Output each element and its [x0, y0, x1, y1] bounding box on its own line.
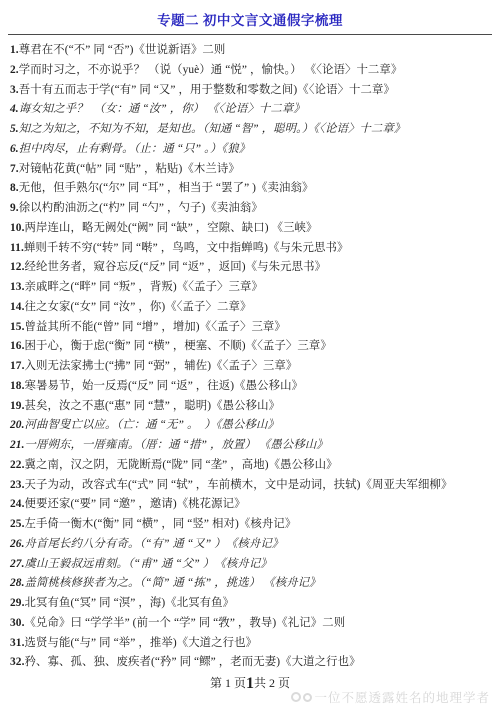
list-item: 2.学而时习之，不亦说乎？ （说（yuè）通 “悦” ，愉快。） 《〈论语〉十二…	[10, 61, 494, 81]
item-text: 盖简桃核修狭者为之。（“简” 通 “拣” ，挑选） 《核舟记》	[25, 577, 321, 589]
page-title: 专题二 初中文言文通假字梳理	[0, 0, 500, 29]
list-item: 7.对镜帖花黄(“帖” 同 “贴” ，粘贴)《木兰诗》	[10, 160, 494, 180]
list-item: 5.知之为知之，不知为不知，是知也。（知通 “智” ，聪明。）《〈论语〉十二章》	[10, 120, 494, 140]
item-number: 30.	[10, 617, 25, 629]
item-number: 29.	[10, 597, 25, 609]
list-item: 8.无他，但手熟尔(“尔” 同 “耳” ，相当于 “罢了” )《卖油翁》	[10, 179, 494, 199]
list-item: 6.担中肉尽，止有剩骨。（止：通 “只” 。）《狼》	[10, 140, 494, 160]
list-item: 3.吾十有五而志于学(“有” 同 “又” ，用于整数和零数之间)《〈论语〉十二章…	[10, 81, 494, 101]
item-number: 5.	[10, 123, 19, 135]
list-item: 4.诲女知之乎？ （女：通 “汝” ，你） 《〈论语〉十二章》	[10, 100, 494, 120]
watermark-text: 一位不愿透露姓名的地理学者	[314, 688, 490, 706]
item-text: 选贤与能(“与” 同 “举” ，推举)《大道之行也》	[25, 637, 258, 649]
watermark: 一位不愿透露姓名的地理学者	[291, 688, 490, 706]
item-text: 虞山王毅叔远甫刻。（“甫” 通 “父” ） 《核舟记》	[25, 558, 272, 570]
item-text: 学而时习之，不亦说乎？ （说（yuè）通 “悦” ，愉快。） 《〈论语〉十二章》	[19, 64, 403, 76]
item-text: 一厝朔东，一厝雍南。（厝：通 “措” ，放置） 《愚公移山》	[25, 439, 328, 451]
item-number: 16.	[10, 340, 25, 352]
item-text: 担中肉尽，止有剩骨。（止：通 “只” 。）《狼》	[19, 143, 250, 155]
footer-page-left: 第 1 页	[210, 676, 246, 690]
item-number: 11.	[10, 242, 24, 254]
list-item: 20.河曲智叟亡以应。（亡：通 “无” 。 ）《愚公移山》	[10, 416, 494, 436]
item-text: 无他，但手熟尔(“尔” 同 “耳” ，相当于 “罢了” )《卖油翁》	[19, 182, 314, 194]
list-item: 31.选贤与能(“与” 同 “举” ，推举)《大道之行也》	[10, 634, 494, 654]
title-divider	[8, 34, 492, 35]
item-number: 3.	[10, 84, 19, 96]
list-item: 26.舟首尾长约八分有奇。（“有” 通 “又” ） 《核舟记》	[10, 535, 494, 555]
item-text: 尊君在不(“不” 同 “否”)《世说新语》二则	[19, 44, 226, 56]
list-item: 1.尊君在不(“不” 同 “否”)《世说新语》二则	[10, 41, 494, 61]
item-number: 20.	[10, 419, 25, 431]
item-number: 31.	[10, 637, 25, 649]
list-item: 13.亲戚畔之(“畔” 同 “叛” ，背叛)《〈孟子〉三章》	[10, 278, 494, 298]
list-item: 22.冀之南，汉之阴，无陇断焉(“陇” 同 “垄” ，高地)《愚公移山》	[10, 456, 494, 476]
item-number: 19.	[10, 400, 25, 412]
item-text: 对镜帖花黄(“帖” 同 “贴” ，粘贴)《木兰诗》	[19, 163, 240, 175]
item-number: 22.	[10, 459, 25, 471]
item-text: 入则无法家拂士(“拂” 同 “弼” ，辅佐)《〈孟子〉三章》	[25, 360, 298, 372]
list-item: 17.入则无法家拂士(“拂” 同 “弼” ，辅佐)《〈孟子〉三章》	[10, 357, 494, 377]
list-item: 10.两岸连山，略无阙处(“阙” 同 “缺” ，空隙、缺口) 《三峡》	[10, 219, 494, 239]
item-number: 1.	[10, 44, 19, 56]
item-number: 24.	[10, 498, 25, 510]
item-number: 4.	[10, 103, 19, 115]
item-number: 17.	[10, 360, 25, 372]
item-number: 18.	[10, 380, 25, 392]
item-number: 28.	[10, 577, 25, 589]
item-number: 8.	[10, 182, 19, 194]
list-item: 29.北冥有鱼(“冥” 同 “溟” ，海)《北冥有鱼》	[10, 594, 494, 614]
item-text: 《兑命》曰 “学学半” (前一个 “学” 同 “敩” ，教导)《礼记》二则	[25, 617, 346, 629]
item-number: 23.	[10, 479, 25, 491]
list-item: 14.往之女家(“女” 同 “汝” ，你)《〈孟子〉二章》	[10, 298, 494, 318]
item-text: 蝉则千转不穷(“转” 同 “啭” ，鸟鸣，文中指蝉鸣)《与朱元思书》	[24, 242, 349, 254]
item-number: 9.	[10, 202, 19, 214]
watermark-logo-icon	[291, 692, 301, 702]
item-number: 2.	[10, 64, 19, 76]
item-text: 便要还家(“要” 同 “邀” ，邀请)《桃花源记》	[25, 498, 246, 510]
item-number: 21.	[10, 439, 25, 451]
item-text: 徐以杓酌油沥之(“杓” 同 “勺” ，勺子)《卖油翁》	[19, 202, 263, 214]
item-text: 经纶世务者，窥谷忘反(“反” 同 “返” ，返回)《与朱元思书》	[25, 261, 327, 273]
item-number: 25.	[10, 518, 25, 530]
item-number: 6.	[10, 143, 19, 155]
item-number: 15.	[10, 321, 25, 333]
item-number: 14.	[10, 301, 25, 313]
item-number: 26.	[10, 538, 25, 550]
list-item: 24.便要还家(“要” 同 “邀” ，邀请)《桃花源记》	[10, 495, 494, 515]
footer-page-right: 共 2 页	[254, 676, 290, 690]
item-text: 矜、寡、孤、独、废疾者(“矜” 同 “鳏” ，老而无妻)《大道之行也》	[25, 656, 361, 668]
list-item: 23.天子为动，改容式车(“式” 同 “轼” ，车前横木，文中是动词，扶轼)《周…	[10, 476, 494, 496]
item-text: 困于心，衡于虑(“衡” 同 “横” ，梗塞、不顺)《〈孟子〉三章》	[25, 340, 332, 352]
list-item: 27.虞山王毅叔远甫刻。（“甫” 通 “父” ） 《核舟记》	[10, 555, 494, 575]
item-number: 27.	[10, 558, 25, 570]
item-text: 甚矣，汝之不惠(“惠” 同 “慧” ，聪明)《愚公移山》	[25, 400, 281, 412]
list-item: 16.困于心，衡于虑(“衡” 同 “横” ，梗塞、不顺)《〈孟子〉三章》	[10, 337, 494, 357]
list-item: 32.矜、寡、孤、独、废疾者(“矜” 同 “鳏” ，老而无妻)《大道之行也》	[10, 653, 494, 673]
item-list: 1.尊君在不(“不” 同 “否”)《世说新语》二则2.学而时习之，不亦说乎？ （…	[0, 39, 500, 673]
item-number: 32.	[10, 656, 25, 668]
list-item: 21.一厝朔东，一厝雍南。（厝：通 “措” ，放置） 《愚公移山》	[10, 436, 494, 456]
item-text: 往之女家(“女” 同 “汝” ，你)《〈孟子〉二章》	[25, 301, 252, 313]
list-item: 11.蝉则千转不穷(“转” 同 “啭” ，鸟鸣，文中指蝉鸣)《与朱元思书》	[10, 239, 494, 259]
item-text: 吾十有五而志于学(“有” 同 “又” ，用于整数和零数之间)《〈论语〉十二章》	[19, 84, 395, 96]
item-text: 河曲智叟亡以应。（亡：通 “无” 。 ）《愚公移山》	[25, 419, 279, 431]
list-item: 19.甚矣，汝之不惠(“惠” 同 “慧” ，聪明)《愚公移山》	[10, 397, 494, 417]
list-item: 25.左手倚一衡木(“衡” 同 “横” ，同 “竖” 相对)《核舟记》	[10, 515, 494, 535]
item-text: 天子为动，改容式车(“式” 同 “轼” ，车前横木，文中是动词，扶轼)《周亚夫军…	[25, 479, 453, 491]
item-number: 13.	[10, 281, 25, 293]
item-text: 亲戚畔之(“畔” 同 “叛” ，背叛)《〈孟子〉三章》	[25, 281, 263, 293]
item-text: 左手倚一衡木(“衡” 同 “横” ，同 “竖” 相对)《核舟记》	[25, 518, 297, 530]
item-text: 北冥有鱼(“冥” 同 “溟” ，海)《北冥有鱼》	[25, 597, 235, 609]
item-text: 诲女知之乎？ （女：通 “汝” ，你） 《〈论语〉十二章》	[19, 103, 305, 115]
watermark-eye-icon	[303, 693, 312, 702]
item-number: 10.	[10, 222, 25, 234]
item-number: 12.	[10, 261, 25, 273]
item-text: 知之为知之，不知为不知，是知也。（知通 “智” ，聪明。）《〈论语〉十二章》	[19, 123, 406, 135]
item-text: 冀之南，汉之阴，无陇断焉(“陇” 同 “垄” ，高地)《愚公移山》	[25, 459, 338, 471]
item-text: 曾益其所不能(“曾” 同 “增” ，增加)《〈孟子〉三章》	[25, 321, 286, 333]
list-item: 15.曾益其所不能(“曾” 同 “增” ，增加)《〈孟子〉三章》	[10, 318, 494, 338]
list-item: 12.经纶世务者，窥谷忘反(“反” 同 “返” ，返回)《与朱元思书》	[10, 258, 494, 278]
item-number: 7.	[10, 163, 19, 175]
item-text: 两岸连山，略无阙处(“阙” 同 “缺” ，空隙、缺口) 《三峡》	[25, 222, 318, 234]
item-text: 舟首尾长约八分有奇。（“有” 通 “又” ） 《核舟记》	[25, 538, 284, 550]
item-text: 寒暑易节，始一反焉(“反” 同 “返” ，往返)《愚公移山》	[25, 380, 304, 392]
list-item: 9.徐以杓酌油沥之(“杓” 同 “勺” ，勺子)《卖油翁》	[10, 199, 494, 219]
list-item: 18.寒暑易节，始一反焉(“反” 同 “返” ，往返)《愚公移山》	[10, 377, 494, 397]
list-item: 28.盖简桃核修狭者为之。（“简” 通 “拣” ，挑选） 《核舟记》	[10, 574, 494, 594]
footer-cursor: 1	[246, 675, 254, 692]
list-item: 30.《兑命》曰 “学学半” (前一个 “学” 同 “敩” ，教导)《礼记》二则	[10, 614, 494, 634]
document-page: 专题二 初中文言文通假字梳理 1.尊君在不(“不” 同 “否”)《世说新语》二则…	[0, 0, 500, 707]
